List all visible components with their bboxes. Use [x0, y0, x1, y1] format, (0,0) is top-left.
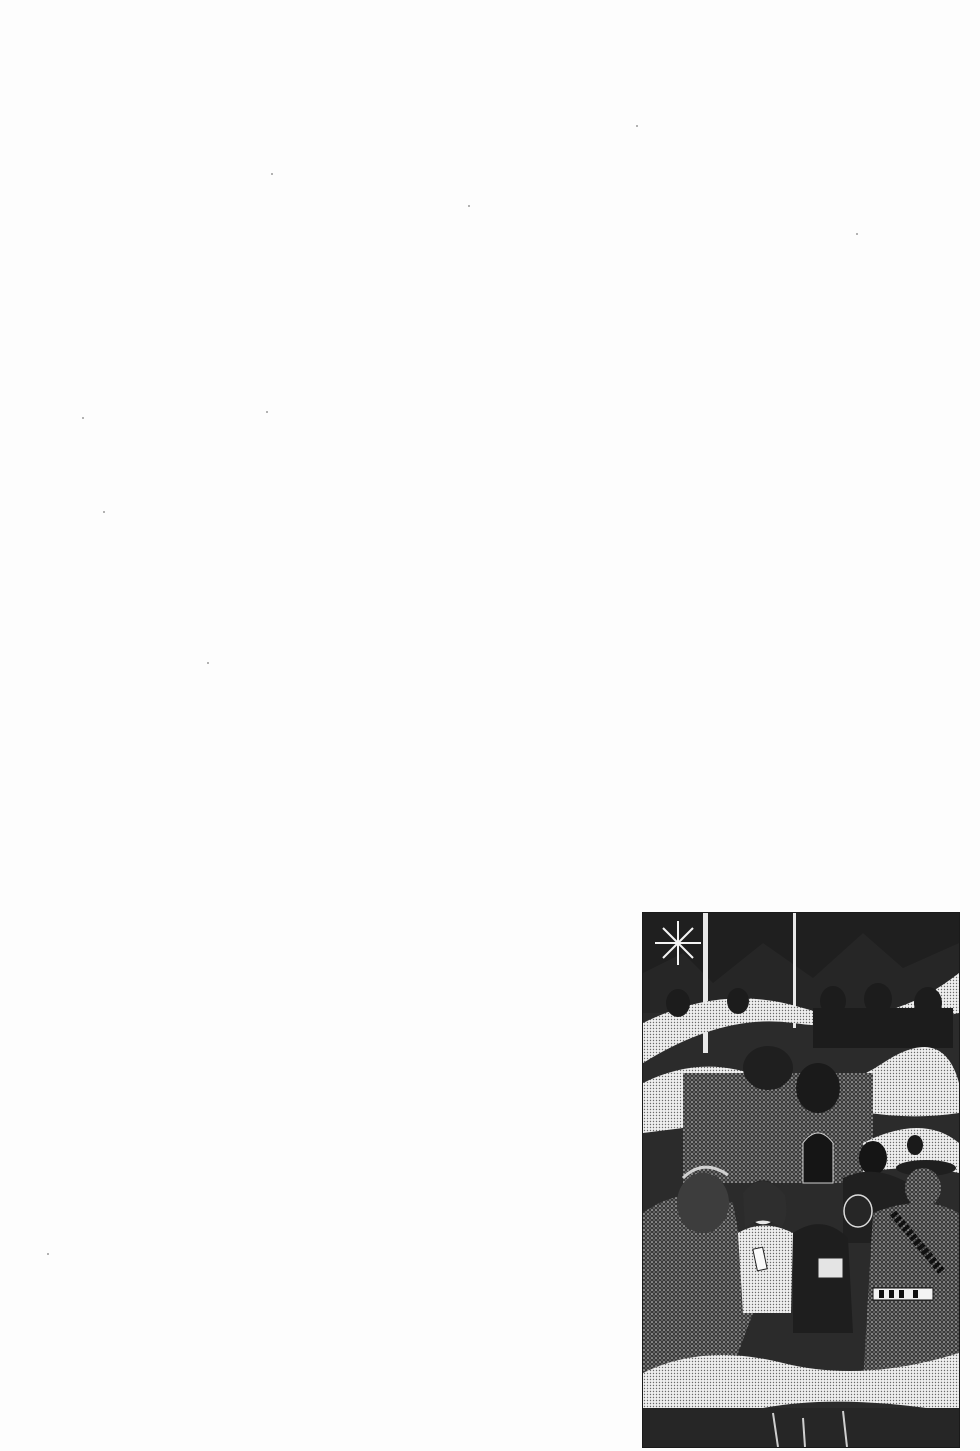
scan-speck — [636, 125, 638, 127]
scan-speck — [207, 662, 209, 664]
scan-speck — [856, 233, 858, 235]
scan-speck — [103, 511, 105, 513]
scan-speck — [47, 1253, 49, 1255]
illustration: Black-and-white halftone illustration of… — [642, 912, 960, 1448]
scan-speck — [271, 173, 273, 175]
crowd-scene-art — [643, 913, 959, 1447]
scan-speck — [82, 417, 84, 419]
scan-speck — [266, 411, 268, 413]
scan-speck — [468, 205, 470, 207]
